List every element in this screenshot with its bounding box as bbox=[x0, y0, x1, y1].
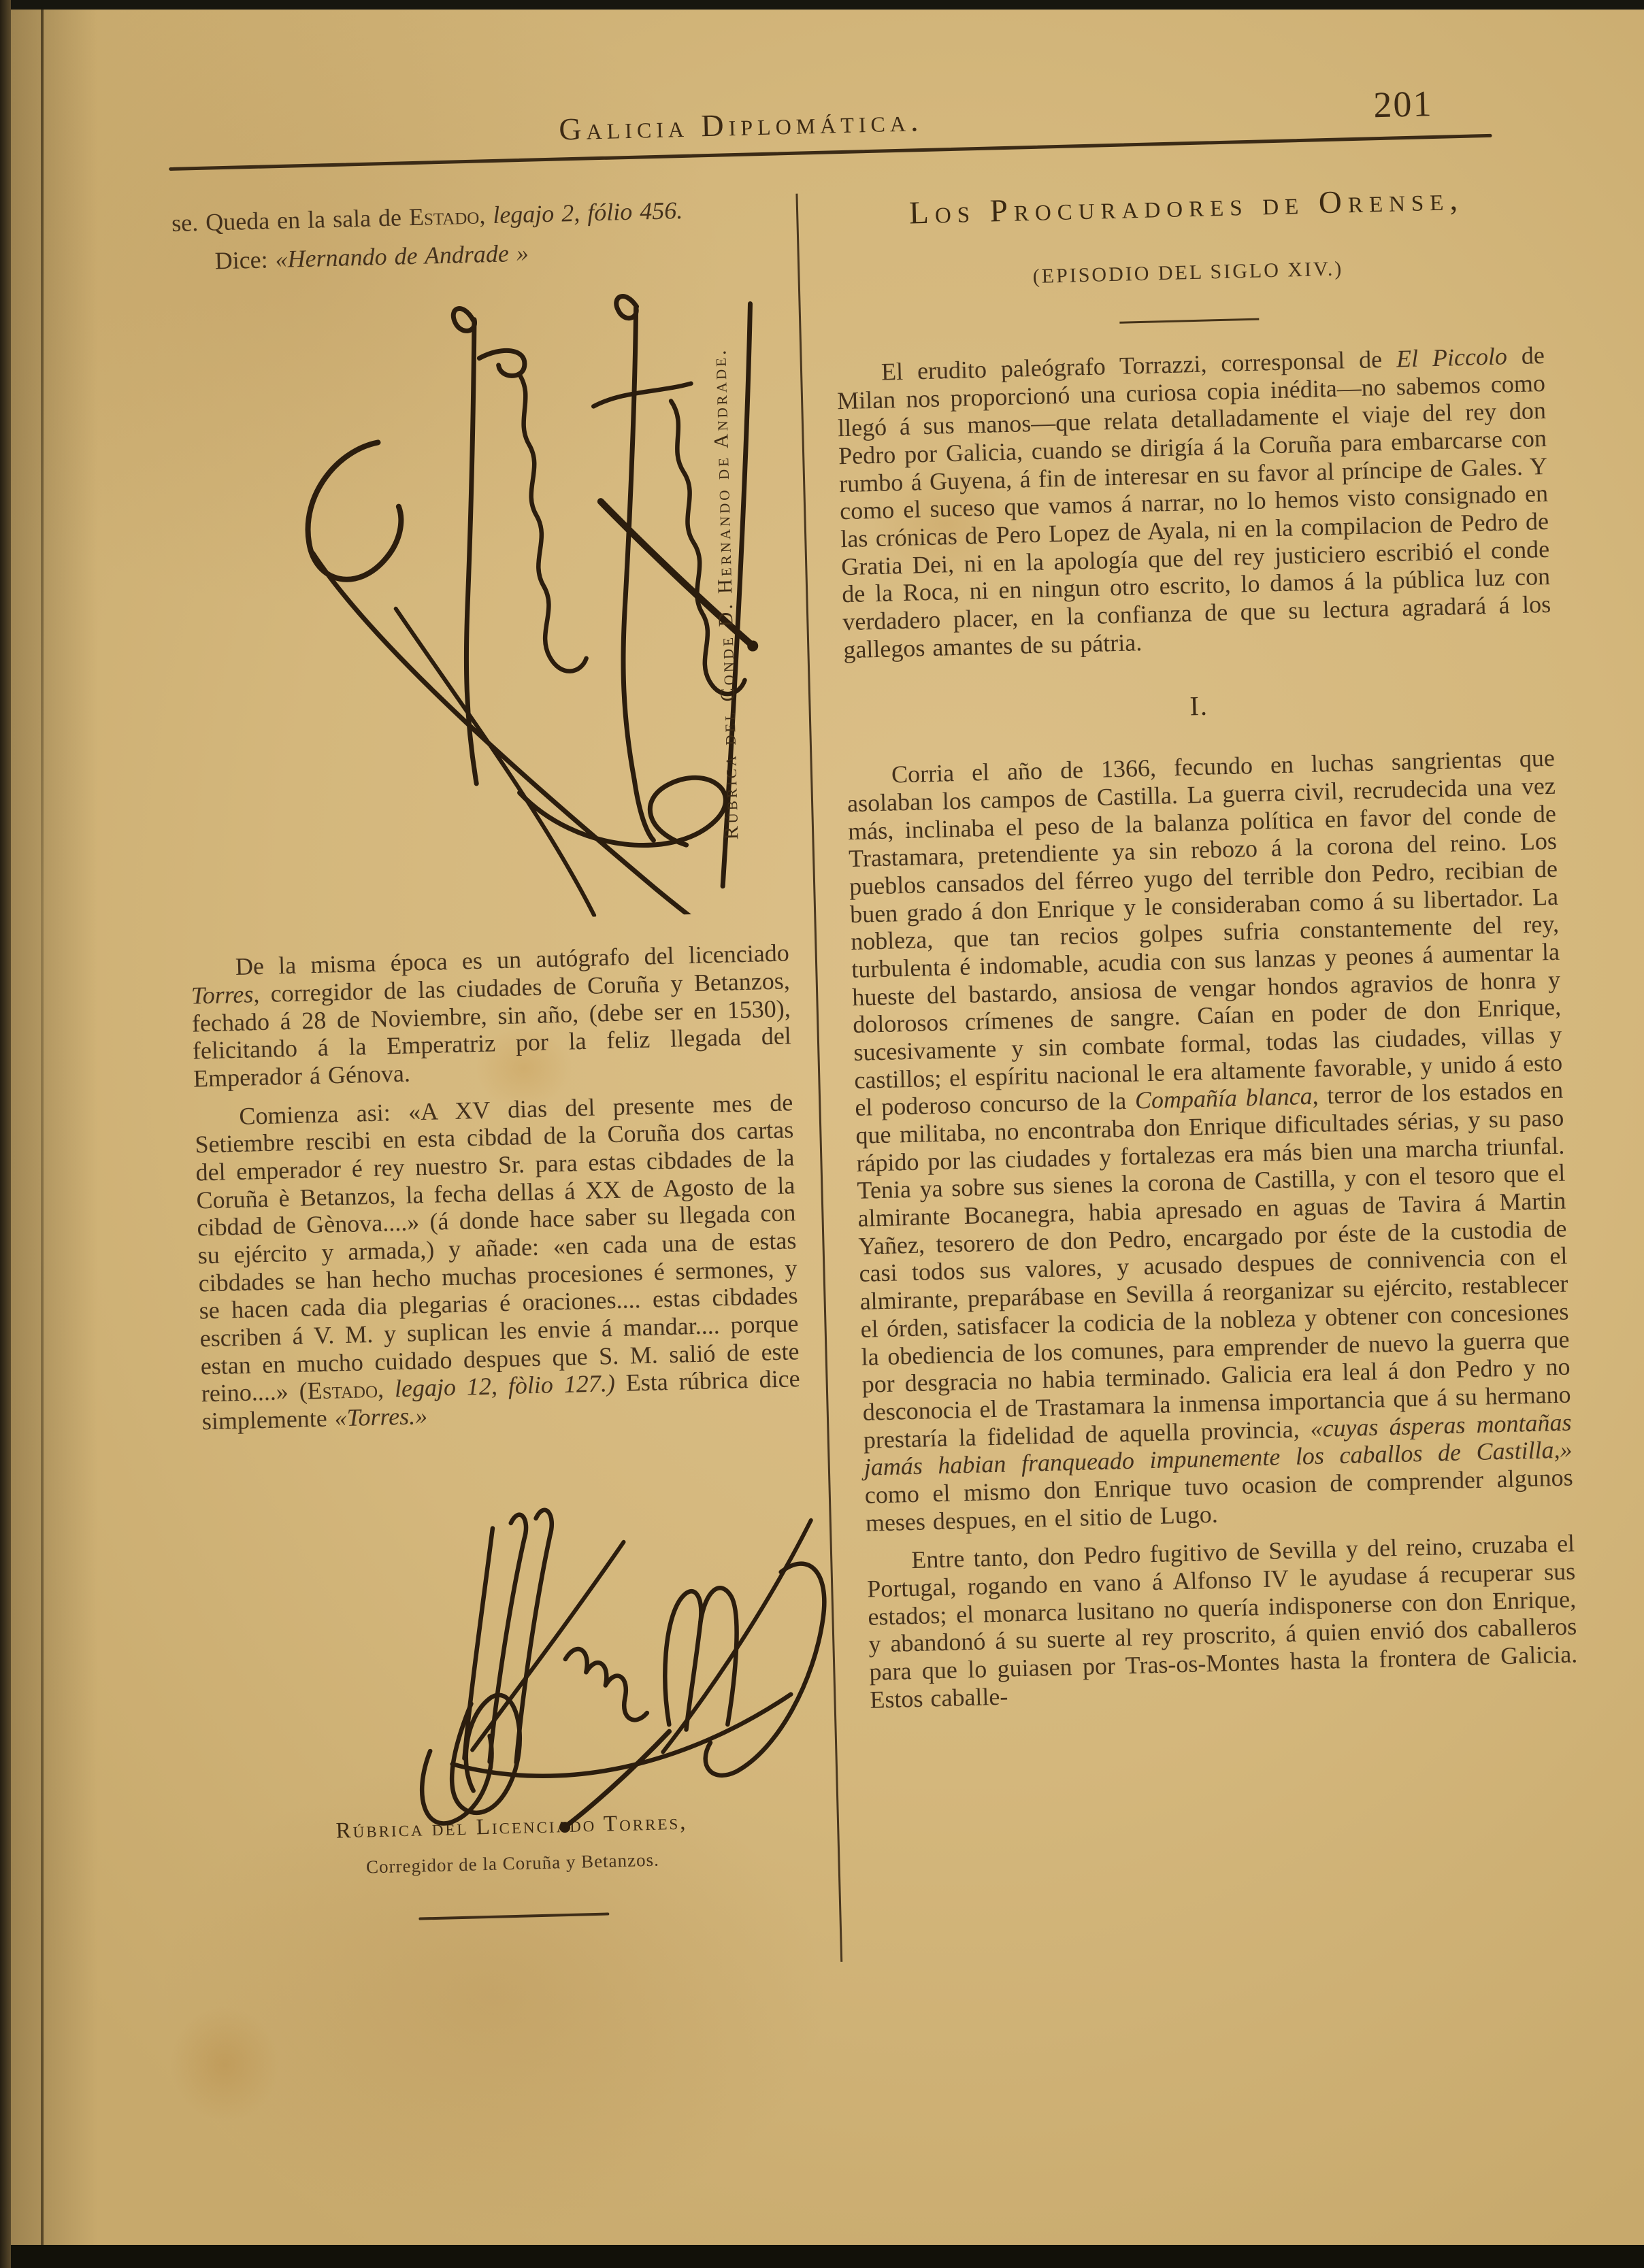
left-column: se. Queda en la sala de Estado, legajo 2… bbox=[171, 195, 814, 1925]
torres-caption-subtitle: Corregidor de la Coruña y Betanzos. bbox=[213, 1846, 812, 1882]
page-gutter-shadow bbox=[11, 0, 113, 2268]
scan-edge-left bbox=[0, 0, 11, 2268]
article-subtitle: (EPISODIO DEL SIGLO XIV.) bbox=[834, 252, 1543, 293]
paper-stain bbox=[170, 2007, 279, 2122]
text-run: , bbox=[377, 1375, 395, 1403]
text-run-smallcaps: Estado bbox=[307, 1375, 378, 1405]
left-dice-line: Dice: «Hernando de Andrade » bbox=[172, 233, 772, 276]
scan-edge-bottom bbox=[0, 2245, 1644, 2268]
andrade-rubric-figure: Rúbrica del Conde D. Hernando de Andrade… bbox=[174, 273, 789, 927]
page-crease-line bbox=[41, 0, 44, 2268]
right-paragraph-entre-tanto: Entre tanto, don Pedro fugitivo de Sevil… bbox=[866, 1530, 1579, 1714]
text-run: Entre tanto, don Pedro fugitivo de Sevil… bbox=[867, 1530, 1578, 1714]
text-run: se. Queda en la sala de bbox=[171, 203, 410, 237]
text-run: , bbox=[479, 201, 493, 229]
text-run: , corregidor de las ciudades de Coruña y… bbox=[191, 967, 791, 1092]
left-paragraph-comienza: Comienza asi: «A XV dias del presente me… bbox=[194, 1088, 801, 1435]
text-run: de Milan nos proporcionó una curiosa cop… bbox=[837, 341, 1551, 663]
text-run: , terror de los estados en que militaba,… bbox=[855, 1076, 1571, 1453]
torres-signature-flourish bbox=[241, 1454, 849, 1850]
right-paragraph-intro: El erudito paleógrafo Torrazzi, correspo… bbox=[836, 341, 1552, 664]
left-paragraph-torres-autograph: De la misma época es un autógrafo del li… bbox=[190, 939, 792, 1093]
text-run: Dice: bbox=[214, 246, 276, 274]
section-heading-one: I. bbox=[844, 681, 1553, 731]
text-run-smallcaps: Estado bbox=[408, 202, 479, 231]
divider-rule bbox=[1119, 318, 1259, 324]
divider-rule bbox=[418, 1912, 609, 1920]
text-run-italic: El Piccolo bbox=[1396, 342, 1508, 372]
text-run-italic: Compañía blanca bbox=[1134, 1082, 1313, 1114]
text-run-italic: legajo 2, fólio 456. bbox=[493, 197, 683, 229]
text-run: Comienza asi: «A XV dias del presente me… bbox=[195, 1088, 800, 1407]
text-run-italic: legajo 12, fòlio 127.) bbox=[394, 1369, 615, 1402]
page-number: 201 bbox=[1373, 82, 1434, 126]
text-run-italic: «Hernando de Andrade » bbox=[275, 239, 529, 272]
text-run: Corria el año de 1366, fecundo en luchas… bbox=[847, 744, 1563, 1121]
andrade-signature-flourish bbox=[163, 273, 778, 927]
two-column-layout: se. Queda en la sala de Estado, legajo 2… bbox=[171, 175, 1585, 1978]
right-column: Los Procuradores de Orense, (EPISODIO DE… bbox=[795, 175, 1584, 1962]
right-paragraph-1366: Corria el año de 1366, fecundo en luchas… bbox=[846, 744, 1574, 1537]
scan-edge-top bbox=[0, 0, 1644, 10]
text-run-italic: «Torres.» bbox=[334, 1402, 427, 1431]
text-run-italic: Torres bbox=[191, 980, 253, 1009]
torres-rubric-figure bbox=[241, 1457, 766, 1790]
